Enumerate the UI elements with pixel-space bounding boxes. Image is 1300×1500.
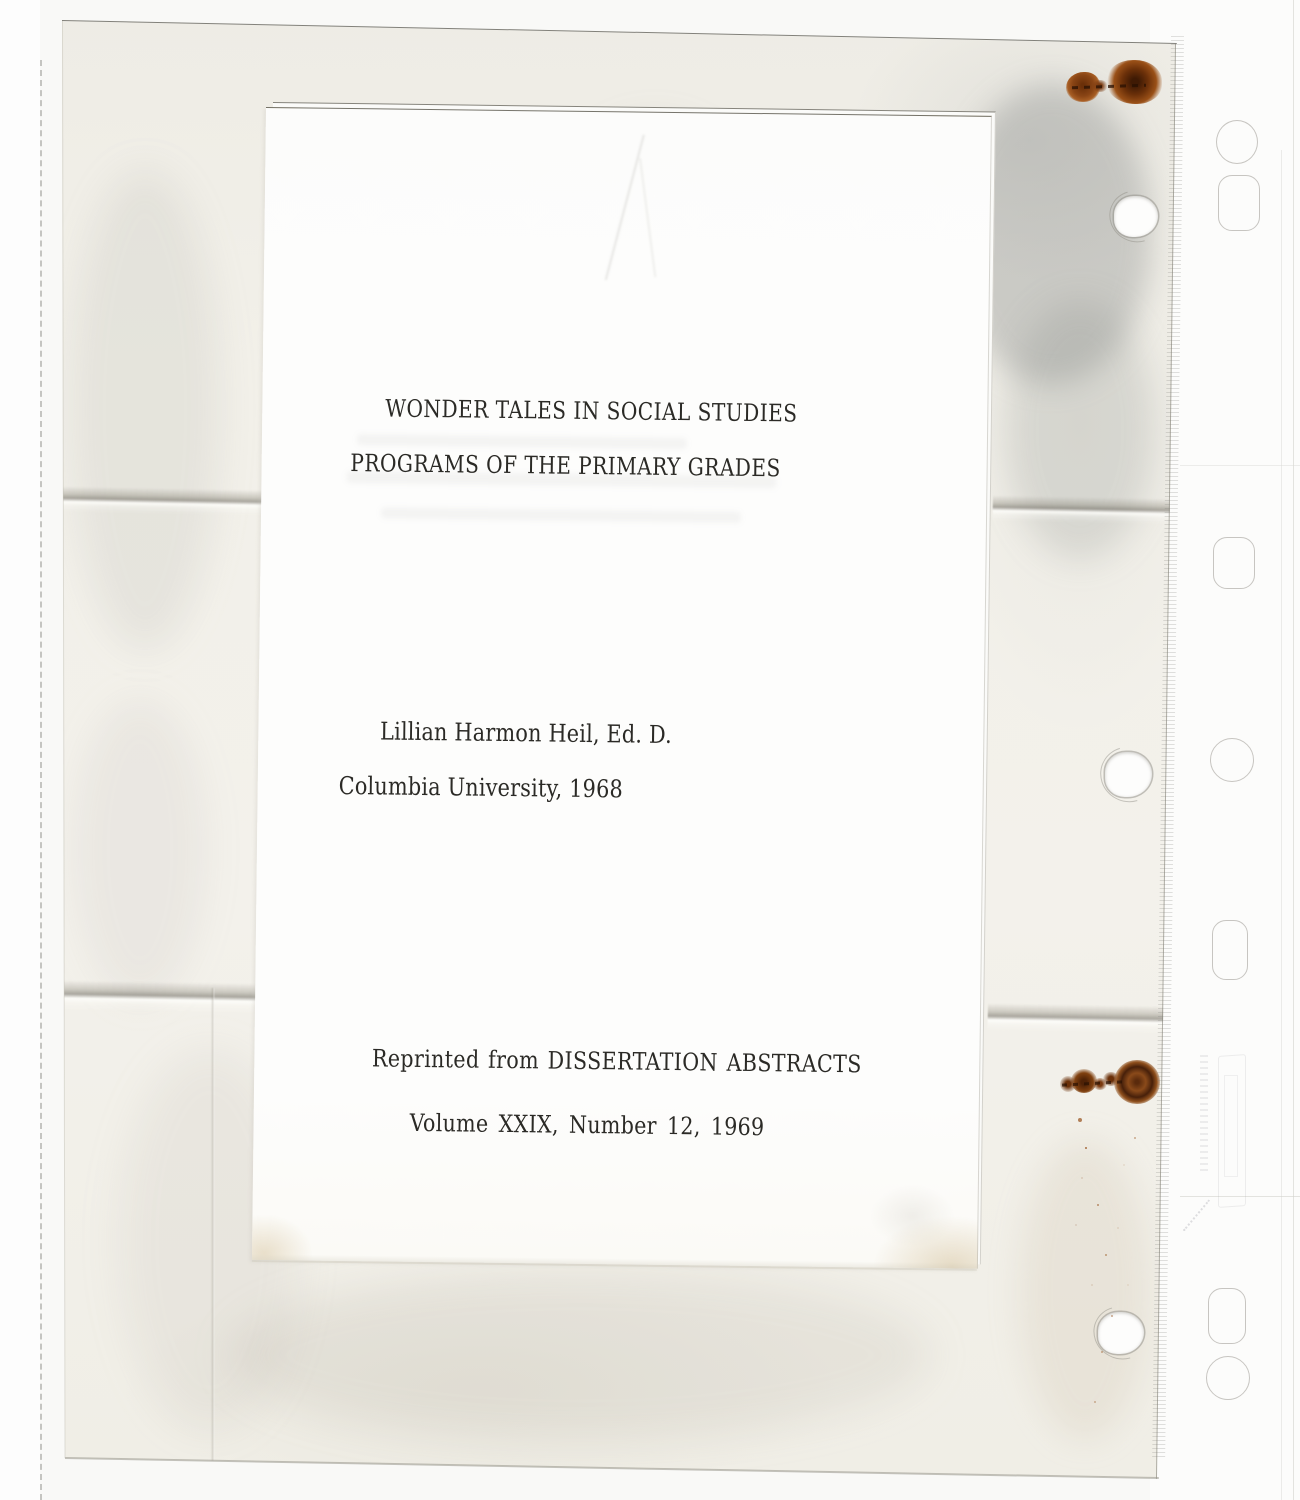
binder-slot — [1218, 175, 1260, 231]
fold-crease-lower-left — [61, 980, 273, 1014]
gray-smudge — [230, 1270, 930, 1440]
vertical-crease — [211, 988, 215, 1463]
binder-slot — [1213, 537, 1255, 589]
rust-stain-middle — [1058, 1060, 1158, 1108]
document-title: WONDER TALES IN SOCIAL STUDIES PROGRAMS … — [343, 367, 798, 538]
author-block: Lillian Harmon Heil, Ed. D. Columbia Uni… — [338, 689, 672, 858]
gray-smudge — [75, 700, 205, 1000]
punch-hole-bottom — [1098, 1312, 1144, 1354]
binder-slot — [1210, 738, 1254, 782]
punch-hole-middle — [1105, 752, 1152, 797]
warm-discoloration — [1020, 1140, 1150, 1440]
gray-smudge — [70, 170, 220, 650]
author-name: Lillian Harmon Heil, Ed. D. — [380, 716, 672, 749]
sleeve-seam-line — [1180, 465, 1300, 466]
scanned-page: WONDER TALES IN SOCIAL STUDIES PROGRAMS … — [0, 0, 1300, 1500]
embossed-stamp — [1190, 1055, 1260, 1290]
sleeve-fold-line — [1281, 150, 1282, 1500]
binder-slot — [1216, 120, 1258, 164]
sleeve-fold-line — [1293, 0, 1294, 1500]
title-line-1: WONDER TALES IN SOCIAL STUDIES — [385, 394, 797, 427]
fold-crease-lower-right — [988, 1003, 1180, 1034]
card-wrinkle — [605, 135, 645, 281]
reprint-source-line: Reprinted from DISSERTATION ABSTRACTS — [305, 1044, 929, 1080]
volume-info-line: Volume XXIX, Number 12, 1969 — [275, 1107, 899, 1143]
fold-crease-upper-right — [993, 495, 1179, 525]
card-wrinkle — [639, 158, 656, 277]
fold-crease-upper-left — [62, 486, 274, 516]
title-card: WONDER TALES IN SOCIAL STUDIES PROGRAMS … — [252, 107, 992, 1269]
title-line-2: PROGRAMS OF THE PRIMARY GRADES — [343, 449, 796, 482]
rust-stain-top — [1064, 58, 1164, 108]
binder-slot — [1206, 1356, 1250, 1400]
punch-hole-top — [1114, 196, 1158, 237]
rust-speckles — [1078, 1118, 1082, 1122]
binder-slot — [1208, 1288, 1246, 1344]
sleeve-left-margin — [0, 0, 40, 1500]
sleeve-stitch-line — [40, 60, 42, 1500]
institution-year: Columbia University, 1968 — [339, 771, 672, 803]
binder-slot — [1212, 920, 1248, 980]
